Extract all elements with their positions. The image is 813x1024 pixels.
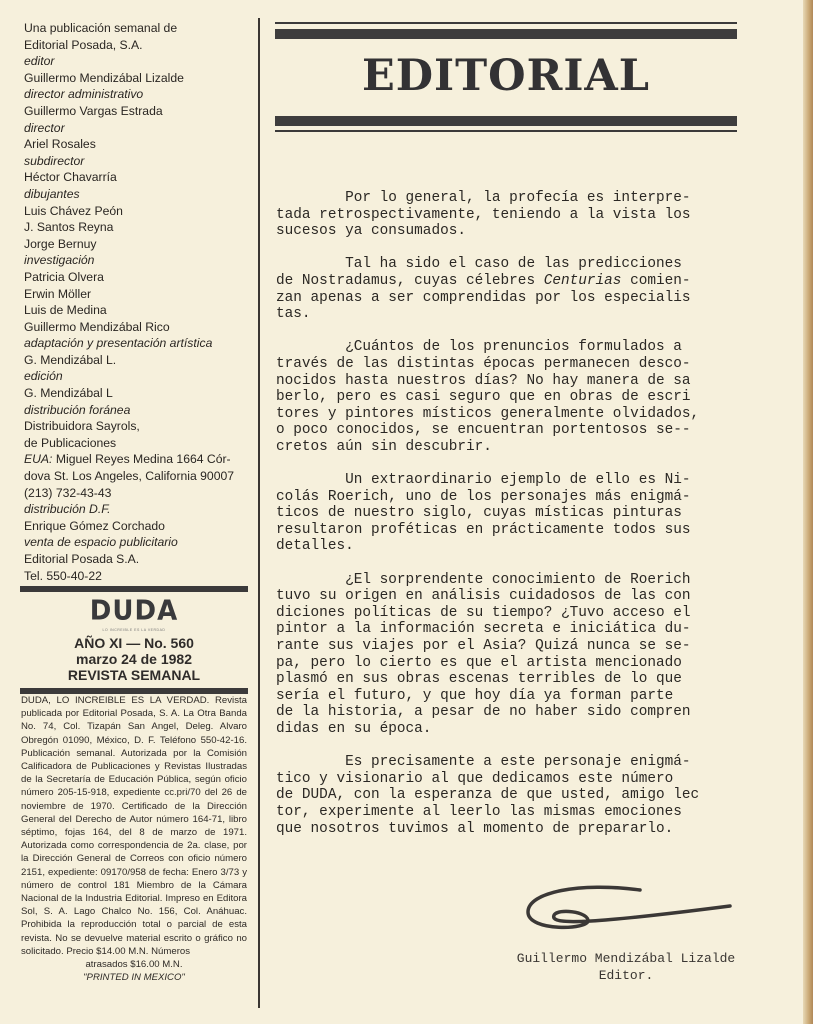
masthead-role: investigación bbox=[24, 252, 248, 269]
masthead-name: Patricia Olvera bbox=[24, 269, 248, 286]
masthead-name: Guillermo Vargas Estrada bbox=[24, 103, 248, 120]
masthead-name: J. Santos Reyna bbox=[24, 219, 248, 236]
masthead-role: editor bbox=[24, 53, 248, 70]
masthead-name: G. Mendizábal L bbox=[24, 385, 248, 402]
editorial-paragraph: Un extraordinario ejemplo de ello es Ni-… bbox=[276, 472, 760, 555]
masthead-name: Luis de Medina bbox=[24, 302, 248, 319]
masthead-name: Distribuidora Sayrols, bbox=[24, 418, 248, 435]
editorial-paragraph: ¿El sorprendente conocimiento de Roerich… bbox=[276, 572, 760, 738]
masthead-role: director bbox=[24, 120, 248, 137]
masthead-name: Guillermo Mendizábal Lizalde bbox=[24, 70, 248, 87]
masthead-name: Luis Chávez Peón bbox=[24, 203, 248, 220]
masthead-credits: Una publicación semanal deEditorial Posa… bbox=[24, 20, 248, 584]
masthead-name: Editorial Posada, S.A. bbox=[24, 37, 248, 54]
masthead-name: Tel. 550-40-22 bbox=[24, 568, 248, 585]
editorial-paragraph: ¿Cuántos de los prenuncios formulados a … bbox=[276, 339, 760, 455]
signature-block: Guillermo Mendizábal Lizalde Editor. bbox=[486, 950, 766, 984]
issue-info: DUDA LO INCREIBLE ES LA VERDAD AÑO XI — … bbox=[20, 597, 248, 683]
masthead-name: Editorial Posada S.A. bbox=[24, 551, 248, 568]
editorial-paragraph: Por lo general, la profecía es interpre-… bbox=[276, 190, 760, 240]
editorial-body: Por lo general, la profecía es interpre-… bbox=[276, 190, 760, 854]
legal-text: DUDA, LO INCREIBLE ES LA VERDAD. Revista… bbox=[21, 695, 247, 957]
masthead-name: Héctor Chavarría bbox=[24, 169, 248, 186]
masthead-name: Ariel Rosales bbox=[24, 136, 248, 153]
header-rule-thin bbox=[275, 22, 737, 24]
masthead-name: (213) 732-43-43 bbox=[24, 485, 248, 502]
masthead-name: Enrique Gómez Corchado bbox=[24, 518, 248, 535]
header-rule-thin bbox=[275, 130, 737, 132]
printed-in-mexico: "PRINTED IN MEXICO" bbox=[21, 971, 247, 984]
masthead-name: dova St. Los Angeles, California 90007 bbox=[24, 468, 248, 485]
header-rule-thick bbox=[275, 116, 737, 126]
header-rule-thick bbox=[275, 29, 737, 39]
column-divider bbox=[258, 18, 260, 1008]
masthead-name: G. Mendizábal L. bbox=[24, 352, 248, 369]
masthead-role: distribución D.F. bbox=[24, 501, 248, 518]
duda-logo: DUDA bbox=[20, 596, 248, 625]
masthead-name: Una publicación semanal de bbox=[24, 20, 248, 37]
issue-type: REVISTA SEMANAL bbox=[20, 667, 248, 683]
masthead-role: director administrativo bbox=[24, 86, 248, 103]
signature-title: Editor. bbox=[486, 967, 766, 984]
masthead-name: Erwin Möller bbox=[24, 286, 248, 303]
page-edge bbox=[803, 0, 813, 1024]
masthead-role: venta de espacio publicitario bbox=[24, 534, 248, 551]
divider-bar bbox=[20, 586, 248, 592]
signature-icon bbox=[520, 884, 750, 944]
editorial-paragraph: Es precisamente a este personaje enigmá-… bbox=[276, 754, 760, 837]
back-issues-price: atrasados $16.00 M.N. bbox=[21, 958, 247, 971]
masthead-name: de Publicaciones bbox=[24, 435, 248, 452]
issue-year-number: AÑO XI — No. 560 bbox=[20, 635, 248, 651]
masthead-role: subdirector bbox=[24, 153, 248, 170]
signature-name: Guillermo Mendizábal Lizalde bbox=[486, 950, 766, 967]
masthead-name: EUA: Miguel Reyes Medina 1664 Cór- bbox=[24, 451, 248, 468]
masthead-role: adaptación y presentación artística bbox=[24, 335, 248, 352]
masthead-role: distribución foránea bbox=[24, 402, 248, 419]
legal-notice: DUDA, LO INCREIBLE ES LA VERDAD. Revista… bbox=[21, 694, 247, 984]
masthead-role: edición bbox=[24, 368, 248, 385]
issue-date: marzo 24 de 1982 bbox=[20, 651, 248, 667]
editorial-title: EDITORIAL bbox=[275, 50, 737, 102]
masthead-role: dibujantes bbox=[24, 186, 248, 203]
masthead-name: Guillermo Mendizábal Rico bbox=[24, 319, 248, 336]
editorial-paragraph: Tal ha sido el caso de las predicciones … bbox=[276, 256, 760, 322]
masthead-name: Jorge Bernuy bbox=[24, 236, 248, 253]
